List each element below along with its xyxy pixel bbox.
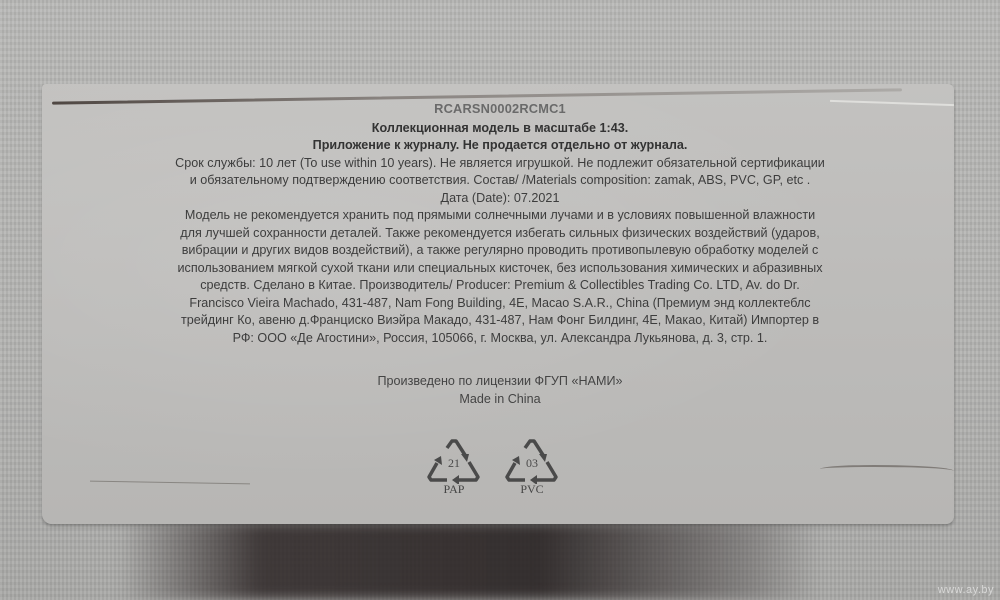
- torn-edge: [820, 465, 954, 475]
- recycling-symbol: 03 PVC: [503, 438, 565, 500]
- recycling-code: 21: [425, 456, 483, 471]
- title-line: Коллекционная модель в масштабе 1:43.: [95, 120, 905, 138]
- care-line: Модель не рекомендуется хранить под прям…: [95, 207, 905, 225]
- label-text: RCARSN0002RCMC1 Коллекционная модель в м…: [95, 100, 905, 408]
- recycling-material: PVC: [503, 482, 561, 497]
- importer-line: РФ: ООО «Де Агостини», Россия, 105066, г…: [95, 330, 905, 348]
- producer-line: средств. Сделано в Китае. Производитель/…: [95, 277, 905, 295]
- producer-line: Francisco Vieira Machado, 431-487, Nam F…: [95, 295, 905, 313]
- info-line: и обязательному подтверждению соответств…: [95, 172, 905, 190]
- recycling-symbols: 21 PAP 03 PVC: [425, 438, 565, 500]
- made-in-line: Made in China: [95, 391, 905, 409]
- product-code: RCARSN0002RCMC1: [95, 100, 905, 118]
- shadow: [120, 522, 820, 600]
- watermark: www.ay.by: [938, 584, 994, 596]
- recycling-code: 03: [503, 456, 561, 471]
- title-line: Приложение к журналу. Не продается отдел…: [95, 137, 905, 155]
- care-line: для лучшей сохранности деталей. Также ре…: [95, 225, 905, 243]
- date-line: Дата (Date): 07.2021: [95, 190, 905, 208]
- care-line: вибрации и других видов воздействий), а …: [95, 242, 905, 260]
- producer-line: трейдинг Ко, авеню д.Франциско Виэйра Ма…: [95, 312, 905, 330]
- recycling-symbol: 21 PAP: [425, 438, 487, 500]
- info-line: Срок службы: 10 лет (To use within 10 ye…: [95, 155, 905, 173]
- recycling-material: PAP: [425, 482, 483, 497]
- license-line: Произведено по лицензии ФГУП «НАМИ»: [95, 373, 905, 391]
- care-line: использованием мягкой сухой ткани или сп…: [95, 260, 905, 278]
